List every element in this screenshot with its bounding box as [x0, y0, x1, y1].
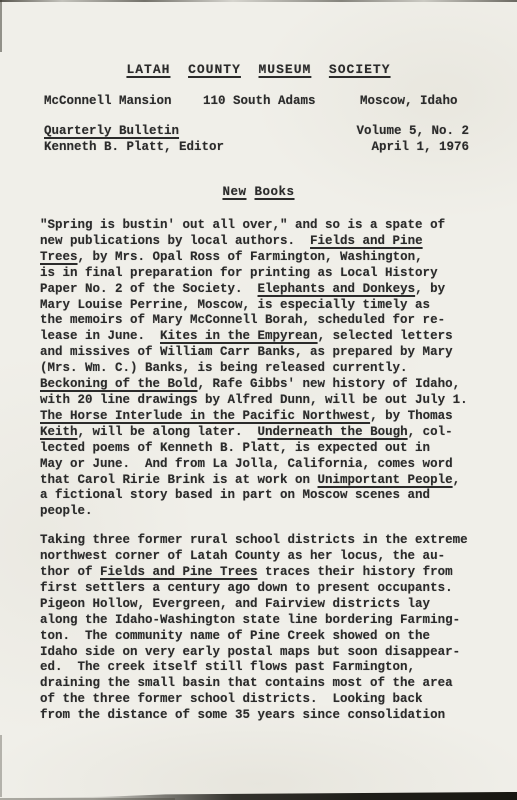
- text-line: and missives of William Carr Banks, as p…: [40, 345, 468, 361]
- text-segment: Paper No. 2 of the Society.: [40, 282, 258, 296]
- text-line: Trees, by Mrs. Opal Ross of Farmington, …: [40, 250, 468, 266]
- text-segment: Unimportant People: [318, 473, 453, 487]
- text-line: May or June. And from La Jolla, Californ…: [40, 457, 468, 473]
- city-state: Moscow, Idaho: [360, 94, 458, 108]
- text-segment: lected poems of Kenneth B. Platt, is exp…: [40, 441, 430, 455]
- text-segment: , col-: [408, 425, 453, 439]
- society-title: LATAH COUNTY MUSEUM SOCIETY: [0, 62, 517, 77]
- text-segment: people.: [40, 504, 93, 518]
- text-segment: traces their history from: [258, 565, 453, 579]
- text-segment: ed. The creek itself still flows past Fa…: [40, 660, 415, 674]
- text-line: Pigeon Hollow, Evergreen, and Fairview d…: [40, 597, 468, 613]
- text-line: that Carol Ririe Brink is at work on Uni…: [40, 473, 468, 489]
- text-segment: , Rafe Gibbs' new history of Idaho,: [198, 377, 461, 391]
- text-segment: lease in June.: [40, 329, 160, 343]
- text-segment: that Carol Ririe Brink is at work on: [40, 473, 318, 487]
- text-line: along the Idaho-Washington state line bo…: [40, 613, 468, 629]
- heading-word: Books: [255, 185, 295, 199]
- paragraph: Taking three former rural school distric…: [40, 533, 468, 724]
- text-segment: The Horse Interlude in the Pacific North…: [40, 409, 370, 423]
- text-line: of the three former school districts. Lo…: [40, 692, 468, 708]
- text-line: with 20 line drawings by Alfred Dunn, wi…: [40, 393, 468, 409]
- text-segment: , by: [415, 282, 445, 296]
- text-segment: , by Mrs. Opal Ross of Farmington, Washi…: [78, 250, 423, 264]
- text-segment: Pigeon Hollow, Evergreen, and Fairview d…: [40, 597, 430, 611]
- text-line: is in final preparation for printing as …: [40, 266, 468, 282]
- text-segment: Trees: [40, 250, 78, 264]
- text-segment: Underneath the Bough: [258, 425, 408, 439]
- text-segment: the memoirs of Mary McConnell Borah, sch…: [40, 313, 445, 327]
- society-title-word: MUSEUM: [259, 62, 312, 77]
- scan-edge-left-top: [0, 0, 2, 52]
- text-line: lease in June. Kites in the Empyrean, se…: [40, 329, 468, 345]
- text-line: new publications by local authors. Field…: [40, 234, 468, 250]
- text-segment: Idaho side on very early postal maps but…: [40, 645, 460, 659]
- text-segment: "Spring is bustin' out all over," and so…: [40, 218, 445, 232]
- text-segment: new publications by local authors.: [40, 234, 310, 248]
- text-segment: ton. The community name of Pine Creek sh…: [40, 629, 430, 643]
- text-line: thor of Fields and Pine Trees traces the…: [40, 565, 468, 581]
- text-line: The Horse Interlude in the Pacific North…: [40, 409, 468, 425]
- scan-edge-top: [0, 0, 517, 2]
- issue-date: April 1, 1976: [371, 140, 469, 154]
- text-segment: draining the small basin that contains m…: [40, 676, 453, 690]
- street-address: 110 South Adams: [203, 94, 316, 108]
- text-segment: is in final preparation for printing as …: [40, 266, 438, 280]
- text-line: Paper No. 2 of the Society. Elephants an…: [40, 282, 468, 298]
- text-segment: Beckoning of the Bold: [40, 377, 198, 391]
- text-line: the memoirs of Mary McConnell Borah, sch…: [40, 313, 468, 329]
- paragraph: "Spring is bustin' out all over," and so…: [40, 218, 468, 520]
- scan-edge-left-bottom: [0, 735, 2, 797]
- scanned-bulletin-page: LATAH COUNTY MUSEUM SOCIETY McConnell Ma…: [0, 0, 517, 800]
- text-line: a fictional story based in part on Mosco…: [40, 488, 468, 504]
- text-segment: , will be along later.: [78, 425, 258, 439]
- text-line: northwest corner of Latah County as her …: [40, 549, 468, 565]
- text-line: (Mrs. Wm. C.) Banks, is being released c…: [40, 361, 468, 377]
- text-segment: and missives of William Carr Banks, as p…: [40, 345, 453, 359]
- text-line: first settlers a century ago down to pre…: [40, 581, 468, 597]
- text-line: from the distance of some 35 years since…: [40, 708, 468, 724]
- location-name: McConnell Mansion: [44, 94, 172, 108]
- text-segment: thor of: [40, 565, 100, 579]
- text-segment: Taking three former rural school distric…: [40, 533, 468, 547]
- text-segment: Kites in the Empyrean: [160, 329, 318, 343]
- text-segment: Mary Louise Perrine, Moscow, is especial…: [40, 298, 430, 312]
- text-segment: Elephants and Donkeys: [258, 282, 416, 296]
- text-line: ed. The creek itself still flows past Fa…: [40, 660, 468, 676]
- text-segment: of the three former school districts. Lo…: [40, 692, 423, 706]
- text-line: Idaho side on very early postal maps but…: [40, 645, 468, 661]
- article-heading: New Books: [0, 185, 517, 199]
- text-segment: from the distance of some 35 years since…: [40, 708, 445, 722]
- text-line: Taking three former rural school distric…: [40, 533, 468, 549]
- text-line: lected poems of Kenneth B. Platt, is exp…: [40, 441, 468, 457]
- text-segment: first settlers a century ago down to pre…: [40, 581, 453, 595]
- text-line: Keith, will be along later. Underneath t…: [40, 425, 468, 441]
- society-title-word: COUNTY: [188, 62, 241, 77]
- society-title-word: LATAH: [126, 62, 170, 77]
- text-segment: along the Idaho-Washington state line bo…: [40, 613, 460, 627]
- text-line: Beckoning of the Bold, Rafe Gibbs' new h…: [40, 377, 468, 393]
- bulletin-title: Quarterly Bulletin: [44, 124, 179, 138]
- text-segment: with 20 line drawings by Alfred Dunn, wi…: [40, 393, 468, 407]
- text-line: people.: [40, 504, 468, 520]
- heading-word: New: [222, 185, 246, 199]
- text-line: "Spring is bustin' out all over," and so…: [40, 218, 468, 234]
- text-line: ton. The community name of Pine Creek sh…: [40, 629, 468, 645]
- text-segment: (Mrs. Wm. C.) Banks, is being released c…: [40, 361, 408, 375]
- text-segment: a fictional story based in part on Mosco…: [40, 488, 430, 502]
- text-segment: northwest corner of Latah County as her …: [40, 549, 445, 563]
- text-segment: , selected letters: [318, 329, 453, 343]
- text-line: draining the small basin that contains m…: [40, 676, 468, 692]
- volume-number: Volume 5, No. 2: [356, 124, 469, 138]
- text-segment: , by Thomas: [370, 409, 453, 423]
- text-segment: Fields and Pine: [310, 234, 423, 248]
- text-segment: Fields and Pine Trees: [100, 565, 258, 579]
- text-segment: May or June. And from La Jolla, Californ…: [40, 457, 453, 471]
- article-body: "Spring is bustin' out all over," and so…: [40, 218, 468, 724]
- text-segment: ,: [453, 473, 461, 487]
- editor-credit: Kenneth B. Platt, Editor: [44, 140, 224, 154]
- text-line: Mary Louise Perrine, Moscow, is especial…: [40, 298, 468, 314]
- society-title-word: SOCIETY: [329, 62, 391, 77]
- text-segment: Keith: [40, 425, 78, 439]
